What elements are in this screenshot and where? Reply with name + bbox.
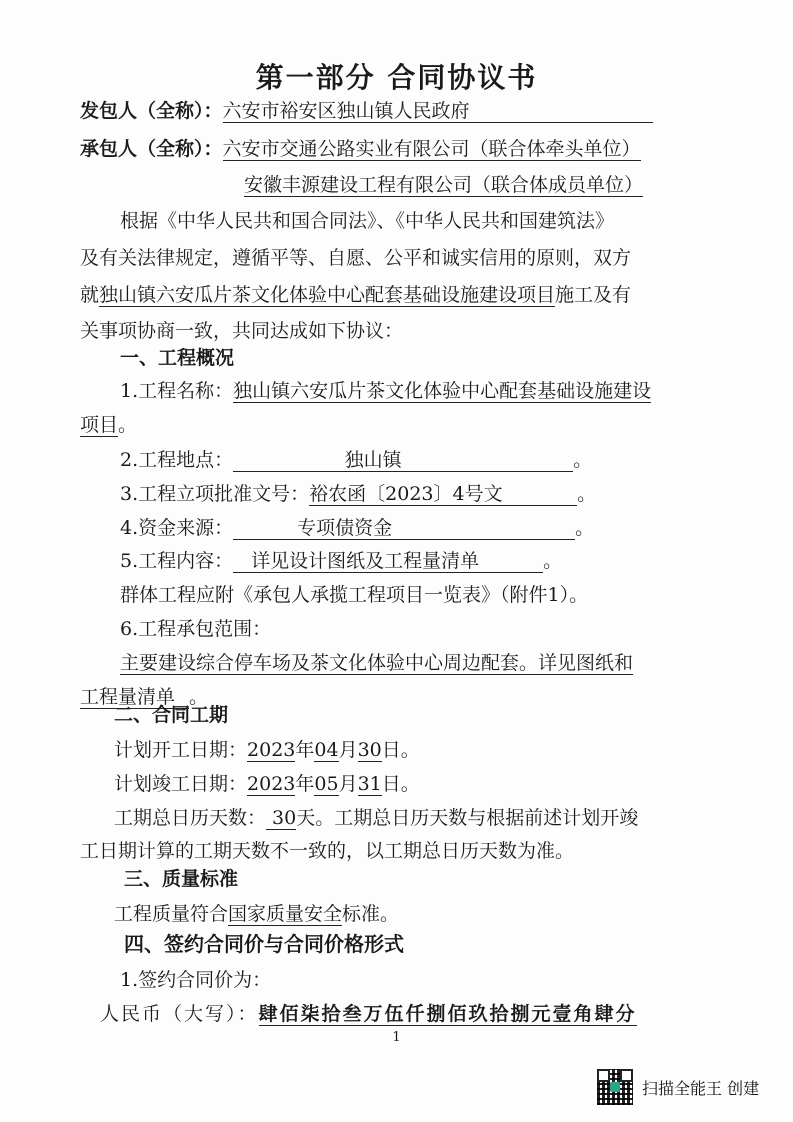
page-title: 第一部分 合同协议书 xyxy=(0,56,793,96)
punct: 。 xyxy=(573,449,592,471)
funding-source-row: 4.资金来源：专项债资金。 xyxy=(120,515,594,541)
duration-value: 30 xyxy=(266,807,296,830)
preamble-line-4: 关事项协商一致，共同达成如下协议： xyxy=(80,318,403,344)
scope-value: 主要建设综合停车场及茶文化体验中心周边配套。详见图纸和 xyxy=(120,652,633,675)
contractor-value-1: 六安市交通公路实业有限公司（联合体牵头单位） xyxy=(223,138,641,161)
unit: 年 xyxy=(295,739,314,761)
unit: 月 xyxy=(339,773,358,795)
approval-number-label: 3.工程立项批准文号： xyxy=(120,483,309,505)
section-2-heading: 二、合同工期 xyxy=(114,702,228,728)
unit: 日。 xyxy=(382,739,420,761)
punct: 。 xyxy=(118,414,137,436)
project-location-row: 2.工程地点：独山镇。 xyxy=(120,447,592,473)
preamble-suffix: 施工及有 xyxy=(555,284,631,306)
start-day: 30 xyxy=(358,739,382,762)
funding-source-value: 专项债资金 xyxy=(233,517,575,540)
end-date-row: 计划竣工日期：2023年05月31日。 xyxy=(114,771,420,797)
group-project-note: 群体工程应附《承包人承揽工程项目一览表》（附件1）。 xyxy=(120,582,588,608)
approval-number-value: 裕农函〔2023〕4号文 xyxy=(309,483,577,506)
watermark-text: 扫描全能王 创建 xyxy=(642,1076,759,1099)
rmb-amount-value: 肆佰柒拾叁万伍仟捌佰玖拾捌元壹角肆分 xyxy=(259,1003,637,1026)
contractor-row: 承包人（全称）：六安市交通公路实业有限公司（联合体牵头单位） xyxy=(80,136,641,162)
start-month: 04 xyxy=(314,739,338,762)
funding-source-label: 4.资金来源： xyxy=(120,517,233,539)
section-3-heading: 三、质量标准 xyxy=(124,866,238,892)
project-location-value: 独山镇 xyxy=(233,449,573,472)
rmb-row: 人民币（大写）：肆佰柒拾叁万伍仟捌佰玖拾捌元壹角肆分 xyxy=(100,1001,637,1027)
preamble-prefix: 就 xyxy=(80,284,99,306)
project-name-label: 1.工程名称： xyxy=(120,380,233,402)
duration-text-2: 工日期计算的工期天数不一致的，以工期总日历天数为准。 xyxy=(80,838,574,864)
scope-value-row: 主要建设综合停车场及茶文化体验中心周边配套。详见图纸和 xyxy=(120,650,633,676)
employer-row: 发包人（全称）：六安市裕安区独山镇人民政府 xyxy=(80,98,653,124)
employer-label: 发包人（全称）： xyxy=(80,100,223,122)
scanner-watermark: 扫描全能王 创建 xyxy=(596,1068,759,1106)
project-name-value-cont: 项目 xyxy=(80,414,118,437)
project-name-row: 1.工程名称：独山镇六安瓜片茶文化体验中心配套基础设施建设 xyxy=(120,378,651,404)
unit: 月 xyxy=(339,739,358,761)
contract-page: 第一部分 合同协议书 发包人（全称）：六安市裕安区独山镇人民政府 承包人（全称）… xyxy=(0,0,793,1122)
end-month: 05 xyxy=(314,773,338,796)
qr-code-icon xyxy=(596,1068,634,1106)
duration-text: 天。工期总日历天数与根据前述计划开竣 xyxy=(296,807,638,829)
project-name-value: 独山镇六安瓜片茶文化体验中心配套基础设施建设 xyxy=(233,380,651,403)
approval-number-row: 3.工程立项批准文号：裕农函〔2023〕4号文。 xyxy=(120,481,596,507)
preamble-line-1: 根据《中华人民共和国合同法》、《中华人民共和国建筑法》 xyxy=(120,208,614,234)
project-name-row-2: 项目。 xyxy=(80,412,137,438)
project-content-label: 5.工程内容： xyxy=(120,550,233,572)
contractor-label: 承包人（全称）： xyxy=(80,138,223,160)
employer-value: 六安市裕安区独山镇人民政府 xyxy=(223,100,653,123)
quality-row: 工程质量符合国家质量安全标准。 xyxy=(114,901,399,927)
rmb-label: 人民币（大写）： xyxy=(100,1003,259,1025)
duration-label: 工期总日历天数： xyxy=(114,807,266,829)
end-date-label: 计划竣工日期： xyxy=(114,773,247,795)
start-date-label: 计划开工日期： xyxy=(114,739,247,761)
unit: 日。 xyxy=(382,773,420,795)
project-content-value: 详见设计图纸及工程量清单 xyxy=(233,550,543,573)
contractor-value-2: 安徽丰源建设工程有限公司（联合体成员单位） xyxy=(244,174,643,197)
punct: 。 xyxy=(577,483,596,505)
quality-standard-value: 国家质量安全 xyxy=(228,903,342,926)
end-year: 2023 xyxy=(247,773,295,796)
section-1-heading: 一、工程概况 xyxy=(120,345,234,371)
start-date-row: 计划开工日期：2023年04月30日。 xyxy=(114,737,420,763)
contract-price-label: 1.签约合同价为： xyxy=(120,967,271,993)
project-location-label: 2.工程地点： xyxy=(120,449,233,471)
quality-suffix: 标准。 xyxy=(342,903,399,925)
contractor-row-2: 安徽丰源建设工程有限公司（联合体成员单位） xyxy=(244,172,643,198)
quality-prefix: 工程质量符合 xyxy=(114,903,228,925)
scope-label: 6.工程承包范围： xyxy=(120,616,271,642)
start-year: 2023 xyxy=(247,739,295,762)
section-4-heading: 四、签约合同价与合同价格形式 xyxy=(124,931,404,957)
project-name: 独山镇六安瓜片茶文化体验中心配套基础设施建设项目 xyxy=(99,284,555,307)
unit: 年 xyxy=(295,773,314,795)
end-day: 31 xyxy=(358,773,382,796)
duration-row: 工期总日历天数：30天。工期总日历天数与根据前述计划开竣 xyxy=(114,805,638,831)
page-number: 1 xyxy=(0,1030,793,1045)
project-content-row: 5.工程内容：详见设计图纸及工程量清单。 xyxy=(120,548,562,574)
punct: 。 xyxy=(575,517,594,539)
preamble-line-2: 及有关法律规定，遵循平等、自愿、公平和诚实信用的原则，双方 xyxy=(80,245,631,271)
preamble-line-3: 就独山镇六安瓜片茶文化体验中心配套基础设施建设项目施工及有 xyxy=(80,282,631,308)
punct: 。 xyxy=(543,550,562,572)
